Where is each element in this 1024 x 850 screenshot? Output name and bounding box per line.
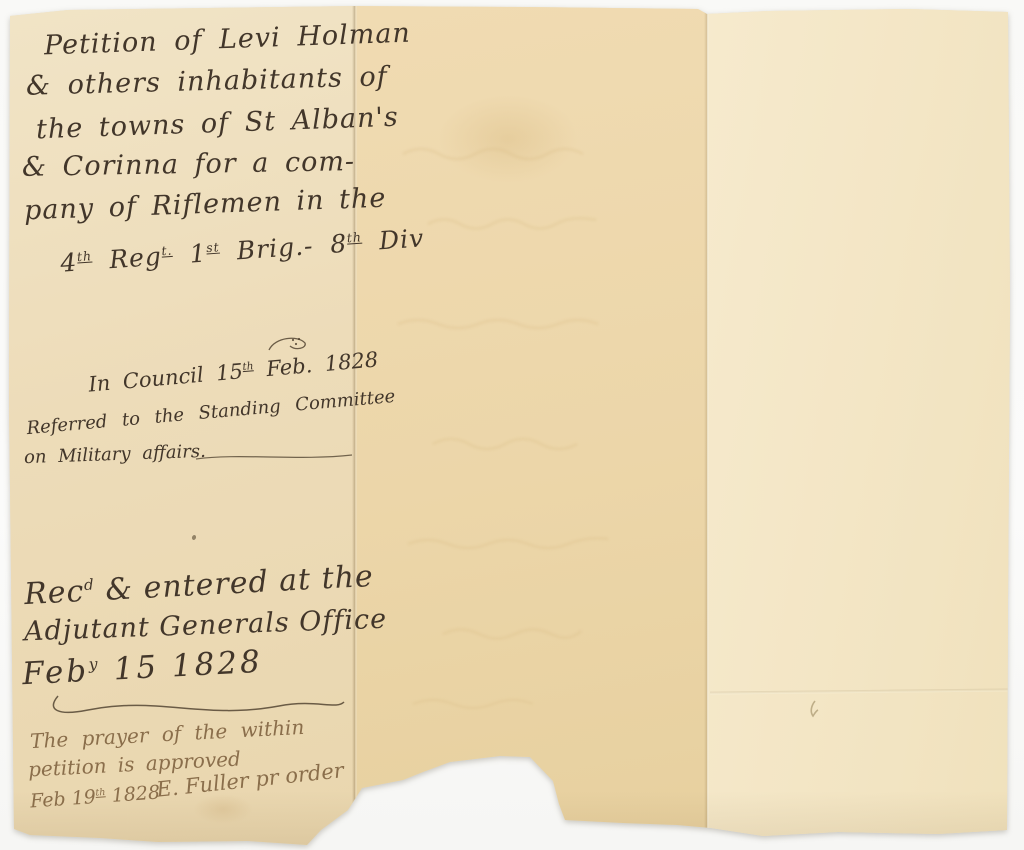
middle-blank-panel bbox=[355, 4, 707, 846]
docket-title-line-4: & Corinna for a com- bbox=[22, 146, 356, 183]
document-paper-wrap: Petition of Levi Holman & others inhabit… bbox=[8, 4, 1012, 846]
petition-folded-paper: Petition of Levi Holman & others inhabit… bbox=[8, 4, 1012, 846]
scanned-document-page: Petition of Levi Holman & others inhabit… bbox=[0, 0, 1024, 850]
torn-edge-shading bbox=[8, 791, 1012, 846]
vertical-fold-crease-right bbox=[704, 4, 709, 846]
right-blank-panel bbox=[707, 4, 1012, 846]
